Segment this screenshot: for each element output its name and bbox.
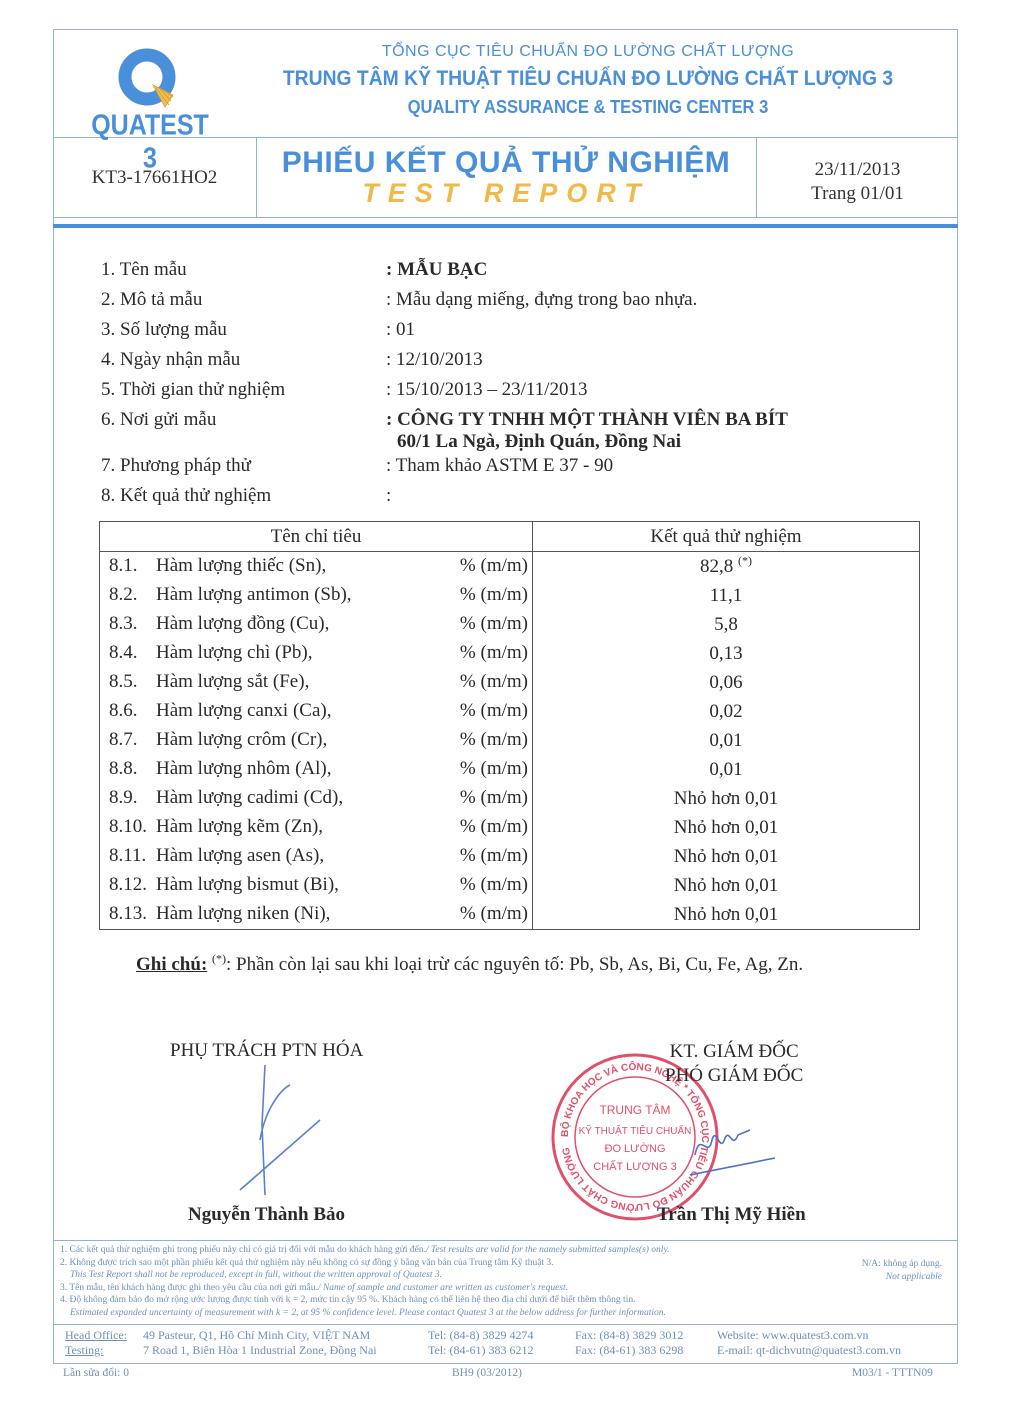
website-link: Website: www.quatest3.com.vn — [717, 1328, 869, 1343]
footnote-4-en: Estimated expanded uncertainty of measur… — [53, 1307, 958, 1320]
info-value: : 15/10/2013 – 23/11/2013 — [386, 377, 587, 403]
info-value: : Tham khảo ASTM E 37 - 90 — [386, 453, 613, 479]
footnote-2-en: This Test Report shall not be reproduced… — [53, 1269, 958, 1282]
contact-tel: Tel: (84-61) 383 6212 — [428, 1343, 533, 1358]
info-value: : CÔNG TY TNHH MỘT THÀNH VIÊN BA BÍT60/1… — [386, 407, 788, 455]
row-result-mark: (*) — [738, 554, 752, 568]
info-row: 1. Tên mẫu: MẪU BẠC — [101, 257, 861, 287]
table-row: 8.6.Hàm lượng canxi (Ca),% (m/m)0,02 — [100, 697, 920, 726]
row-unit: % (m/m) — [460, 697, 528, 724]
page-number: Trang 01/01 — [757, 182, 958, 206]
row-result: Nhỏ hơn 0,01 — [674, 904, 779, 925]
note-text: : Phần còn lại sau khi loại trừ các nguy… — [226, 954, 803, 975]
title-en: TEST REPORT — [256, 178, 756, 209]
report-date-page: 23/11/2013 Trang 01/01 — [756, 138, 958, 217]
row-criteria: Hàm lượng chì (Pb), — [156, 639, 313, 666]
table-row: 8.13.Hàm lượng niken (Ni),% (m/m)Nhỏ hơn… — [100, 900, 920, 930]
info-value: : MẪU BẠC — [386, 257, 487, 283]
row-unit: % (m/m) — [460, 610, 528, 637]
row-criteria: Hàm lượng canxi (Ca), — [156, 697, 331, 724]
director-name: Trần Thị Mỹ Hiền — [657, 1204, 806, 1226]
row-number: 8.2. — [109, 581, 138, 608]
contact-label: Testing: — [65, 1343, 104, 1358]
row-criteria: Hàm lượng asen (As), — [156, 842, 324, 869]
row-number: 8.9. — [109, 784, 138, 811]
row-result: 0,01 — [709, 730, 742, 751]
report-title: PHIẾU KẾT QUẢ THỬ NGHIỆM TEST REPORT — [256, 138, 756, 217]
row-number: 8.13. — [109, 900, 147, 927]
info-label: 2. Mô tả mẫu — [101, 287, 202, 313]
report-code: KT3-17661HO2 — [53, 138, 257, 217]
issue-code: BH9 (03/2012) — [452, 1367, 522, 1379]
table-row: 8.4.Hàm lượng chì (Pb),% (m/m)0,13 — [100, 639, 920, 668]
title-vi: PHIẾU KẾT QUẢ THỬ NGHIỆM — [256, 146, 756, 180]
info-row: 7. Phương pháp thử: Tham khảo ASTM E 37 … — [101, 453, 861, 483]
footnote-3: 3. Tên mẫu, tên khách hàng được ghi theo… — [53, 1282, 958, 1295]
footnote-4: 4. Độ không đảm bảo đo mở rộng ước lượng… — [53, 1294, 958, 1307]
row-result: 0,06 — [709, 672, 742, 693]
row-number: 8.6. — [109, 697, 138, 724]
lab-head-name: Nguyễn Thành Bảo — [188, 1204, 345, 1226]
row-number: 8.11. — [109, 842, 146, 869]
footnote-1: 1. Các kết quả thử nghiệm ghi trong phiế… — [53, 1244, 958, 1257]
results-table: Tên chỉ tiêu Kết quả thử nghiệm 8.1.Hàm … — [99, 521, 920, 930]
info-value: : Mẫu dạng miếng, đựng trong bao nhựa. — [386, 287, 697, 313]
info-row: 2. Mô tả mẫu: Mẫu dạng miếng, đựng trong… — [101, 287, 861, 317]
director-title-1: KT. GIÁM ĐỐC — [665, 1040, 803, 1064]
row-result: Nhỏ hơn 0,01 — [674, 817, 779, 838]
table-row: 8.3.Hàm lượng đồng (Cu),% (m/m)5,8 — [100, 610, 920, 639]
info-row: 5. Thời gian thử nghiệm: 15/10/2013 – 23… — [101, 377, 861, 407]
email-link: E-mail: qt-dichvutn@quatest3.com.vn — [717, 1343, 901, 1358]
row-unit: % (m/m) — [460, 842, 528, 869]
header-result: Kết quả thử nghiệm — [533, 522, 920, 552]
info-value: : 12/10/2013 — [386, 347, 483, 373]
director-title: KT. GIÁM ĐỐC PHÓ GIÁM ĐỐC — [665, 1040, 803, 1088]
table-row: 8.2.Hàm lượng antimon (Sb),% (m/m)11,1 — [100, 581, 920, 610]
table-row: 8.9.Hàm lượng cadimi (Cd),% (m/m)Nhỏ hơn… — [100, 784, 920, 813]
quatest-logo: QUATEST 3 — [89, 47, 209, 137]
table-row: 8.10.Hàm lượng kẽm (Zn),% (m/m)Nhỏ hơn 0… — [100, 813, 920, 842]
info-value: : 01 — [386, 317, 415, 343]
contact-fax: Fax: (84-8) 3829 3012 — [575, 1328, 683, 1343]
row-unit: % (m/m) — [460, 784, 528, 811]
row-number: 8.10. — [109, 813, 147, 840]
center-name-en: QUALITY ASSURANCE & TESTING CENTER 3 — [266, 97, 910, 118]
info-row: 3. Số lượng mẫu: 01 — [101, 317, 861, 347]
signature-left-icon — [220, 1065, 330, 1205]
row-criteria: Hàm lượng thiếc (Sn), — [156, 552, 326, 579]
row-result: 5,8 — [714, 614, 738, 635]
row-criteria: Hàm lượng đồng (Cu), — [156, 610, 329, 637]
contact-tel: Tel: (84-8) 3829 4274 — [428, 1328, 533, 1343]
row-unit: % (m/m) — [460, 900, 528, 927]
contact-label: Head Office: — [65, 1328, 127, 1343]
row-number: 8.12. — [109, 871, 147, 898]
info-label: 7. Phương pháp thử — [101, 453, 251, 479]
table-row: 8.12.Hàm lượng bismut (Bi),% (m/m)Nhỏ hơ… — [100, 871, 920, 900]
ministry-name: TỔNG CỤC TIÊU CHUẨN ĐO LƯỜNG CHẤT LƯỢNG — [238, 43, 938, 61]
contact-address: 49 Pasteur, Q1, Hồ Chí Minh City, VIỆT N… — [143, 1328, 370, 1343]
svg-text:TRUNG TÂM: TRUNG TÂM — [599, 1102, 670, 1117]
table-row: 8.7.Hàm lượng crôm (Cr),% (m/m)0,01 — [100, 726, 920, 755]
footnote-2: 2. Không được trích sao một phần phiếu k… — [53, 1257, 958, 1270]
note-label: Ghi chú: — [136, 954, 207, 975]
svg-text:KỸ THUẬT TIÊU CHUẨN: KỸ THUẬT TIÊU CHUẨN — [579, 1124, 692, 1137]
info-label: 3. Số lượng mẫu — [101, 317, 227, 343]
report-date: 23/11/2013 — [757, 158, 958, 182]
row-criteria: Hàm lượng nhôm (Al), — [156, 755, 332, 782]
row-unit: % (m/m) — [460, 726, 528, 753]
row-number: 8.5. — [109, 668, 138, 695]
row-unit: % (m/m) — [460, 871, 528, 898]
signature-right-icon — [690, 1120, 780, 1180]
header-divider — [53, 224, 958, 228]
row-result: 82,8 — [700, 556, 733, 577]
info-row: 6. Nơi gửi mẫu: CÔNG TY TNHH MỘT THÀNH V… — [101, 407, 861, 453]
info-label: 4. Ngày nhận mẫu — [101, 347, 240, 373]
na-legend: N/A: không áp dụng. Not applicable — [862, 1258, 942, 1283]
sample-info: 1. Tên mẫu: MẪU BẠC2. Mô tả mẫu: Mẫu dạn… — [101, 257, 861, 513]
row-number: 8.4. — [109, 639, 138, 666]
row-unit: % (m/m) — [460, 639, 528, 666]
row-unit: % (m/m) — [460, 668, 528, 695]
lab-head-title: PHỤ TRÁCH PTN HÓA — [170, 1040, 363, 1062]
info-label: 6. Nơi gửi mẫu — [101, 407, 216, 433]
svg-text:CHẤT LƯỢNG 3: CHẤT LƯỢNG 3 — [593, 1160, 676, 1173]
row-result: 0,02 — [709, 701, 742, 722]
svg-text:ĐO LƯỜNG: ĐO LƯỜNG — [605, 1142, 666, 1155]
row-criteria: Hàm lượng kẽm (Zn), — [156, 813, 323, 840]
row-unit: % (m/m) — [460, 813, 528, 840]
director-title-2: PHÓ GIÁM ĐỐC — [665, 1064, 803, 1088]
note: Ghi chú: (*): Phần còn lại sau khi loại … — [136, 954, 803, 976]
row-criteria: Hàm lượng sắt (Fe), — [156, 668, 309, 695]
table-row: 8.11.Hàm lượng asen (As),% (m/m)Nhỏ hơn … — [100, 842, 920, 871]
row-criteria: Hàm lượng crôm (Cr), — [156, 726, 327, 753]
row-criteria: Hàm lượng bismut (Bi), — [156, 871, 339, 898]
logo-ring-icon — [117, 47, 179, 109]
note-mark: (*) — [212, 952, 226, 966]
row-unit: % (m/m) — [460, 755, 528, 782]
row-result: 0,13 — [709, 643, 742, 664]
contact-address: 7 Road 1, Biên Hòa 1 Industrial Zone, Đồ… — [143, 1343, 377, 1358]
row-result: Nhỏ hơn 0,01 — [674, 788, 779, 809]
row-result: Nhỏ hơn 0,01 — [674, 875, 779, 896]
info-label: 5. Thời gian thử nghiệm — [101, 377, 285, 403]
row-number: 8.8. — [109, 755, 138, 782]
row-unit: % (m/m) — [460, 552, 528, 579]
header-organization: QUATEST 3 TỔNG CỤC TIÊU CHUẨN ĐO LƯỜNG C… — [53, 29, 958, 138]
row-criteria: Hàm lượng antimon (Sb), — [156, 581, 352, 608]
row-unit: % (m/m) — [460, 581, 528, 608]
row-result: 11,1 — [710, 585, 743, 606]
info-value: : — [386, 483, 391, 509]
row-criteria: Hàm lượng niken (Ni), — [156, 900, 330, 927]
row-result: 0,01 — [709, 759, 742, 780]
form-code: M03/1 - TTTN09 — [852, 1367, 933, 1379]
row-criteria: Hàm lượng cadimi (Cd), — [156, 784, 343, 811]
info-row: 4. Ngày nhận mẫu: 12/10/2013 — [101, 347, 861, 377]
table-row: 8.8.Hàm lượng nhôm (Al),% (m/m)0,01 — [100, 755, 920, 784]
table-row: 8.1.Hàm lượng thiếc (Sn),% (m/m)82,8 (*) — [100, 552, 920, 582]
info-label: 8. Kết quả thử nghiệm — [101, 483, 271, 509]
center-name-vi: TRUNG TÂM KỸ THUẬT TIÊU CHUẨN ĐO LƯỜNG C… — [266, 67, 910, 91]
row-result: Nhỏ hơn 0,01 — [674, 846, 779, 867]
table-row: 8.5.Hàm lượng sắt (Fe),% (m/m)0,06 — [100, 668, 920, 697]
row-number: 8.1. — [109, 552, 138, 579]
revision-number: Lần sửa đổi: 0 — [63, 1367, 129, 1379]
row-number: 8.7. — [109, 726, 138, 753]
header-criteria: Tên chỉ tiêu — [100, 522, 533, 552]
info-label: 1. Tên mẫu — [101, 257, 187, 283]
info-row: 8. Kết quả thử nghiệm: — [101, 483, 861, 513]
footnotes: 1. Các kết quả thử nghiệm ghi trong phiế… — [53, 1240, 958, 1325]
header-report: KT3-17661HO2 PHIẾU KẾT QUẢ THỬ NGHIỆM TE… — [53, 138, 958, 218]
row-number: 8.3. — [109, 610, 138, 637]
contact-fax: Fax: (84-61) 383 6298 — [575, 1343, 683, 1358]
